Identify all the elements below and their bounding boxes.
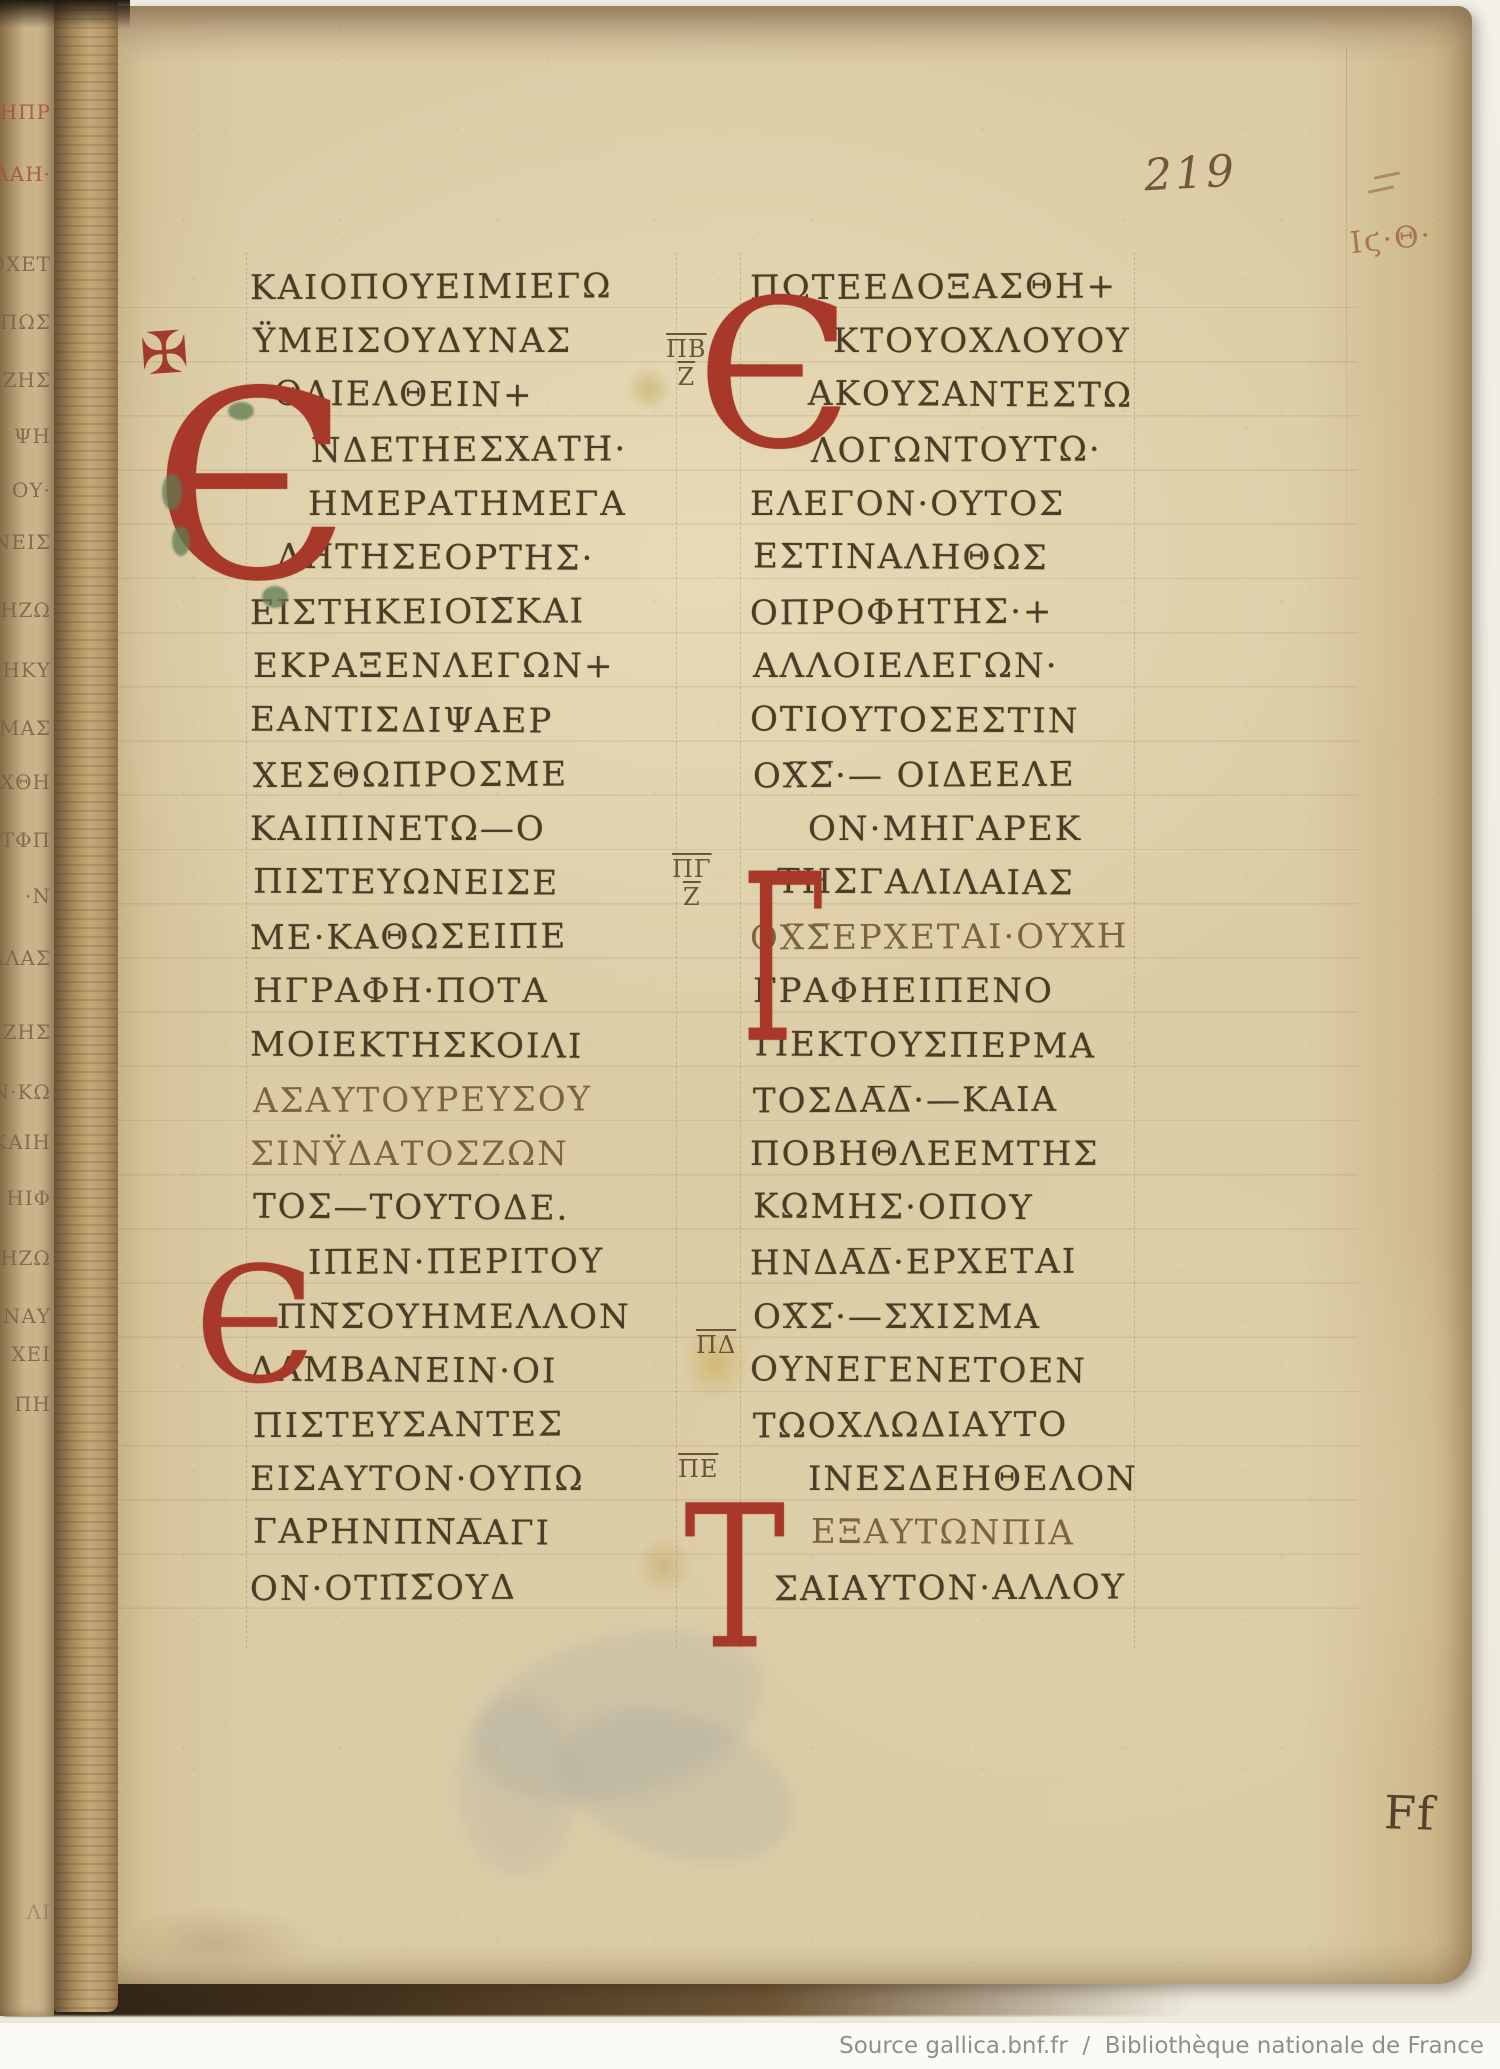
text-line: ΤΟΣΔΑ̅Δ̅·—ΚΑΙΑ: [753, 1071, 1270, 1128]
text-line: ΤΩΟΧΛΩΔΙΑΥΤΟ: [753, 1397, 1270, 1454]
initial-decoration: [228, 402, 254, 420]
spine-fragment-text: Ν·ΚΩ: [0, 1080, 51, 1104]
spine-fragment-text: ΚΑΙΗ: [0, 1130, 51, 1154]
spine-fragment-text: ·Ν: [25, 884, 51, 908]
showthrough-ghost: [408, 1606, 888, 1936]
text-line: ΧΕΣΘΩΠΡΟΣΜΕ: [253, 747, 700, 804]
spine-fragment-text: ΠΙΖΗΣ: [0, 1020, 51, 1044]
section-mark: ΠΔ: [696, 1332, 736, 1360]
spine-fragment-text: ΠΗ: [14, 1392, 51, 1416]
text-line: ΗΓΡΑΦΗ·ΠΟΤΑ: [253, 964, 700, 1018]
spine-fragment-text: ΨΗ: [14, 424, 51, 448]
spine-fragment-text: ΛΛΑΣ: [0, 946, 51, 970]
footer-credit: Source gallica.bnf.fr / Bibliothèque nat…: [0, 2022, 1500, 2069]
text-line: ΕΣΤΙΝΑΛΗΘΩΣ: [753, 529, 1270, 586]
text-line: ΙΝΕΣΔΕΗΘΕΛΟΝ: [750, 1452, 1270, 1506]
text-line: ΜΟΙΕΚΤΗΣΚΟΙΛΙ: [250, 1017, 700, 1074]
text-line: ΟΥΝΕΓΕΝΕΤΟΕΝ: [750, 1342, 1270, 1399]
parchment-crease: [1346, 46, 1347, 686]
text-line: ΤΗΣΓΑΛΙΛΑΙΑΣ: [753, 854, 1270, 911]
quire-signature: Ff: [1383, 1785, 1436, 1841]
text-line: ΚΑΙΠΙΝΕΤΩ—Ο: [250, 802, 700, 856]
initial-letter: Τ: [684, 1480, 785, 1678]
spine-fragment-text: ΙΚΗΠΡ: [0, 100, 51, 124]
text-line: ΑΣΑΥΤΟΥΡΕΥΣΟΥ: [253, 1072, 700, 1129]
section-number: ΠΕ: [678, 1456, 718, 1482]
spine-fragment-text: ΟΥ·: [12, 478, 51, 502]
section-mark: ΠΒ Ζ: [666, 336, 707, 391]
canon-number: Ζ: [677, 364, 695, 390]
text-line: ΣΙΝΫΔΑΤΟΣΖΩΝ: [250, 1127, 700, 1181]
facing-page-edge: ΙΚΗΠΡΛΑΗ·ΜΟΧΕΤΗΠΩΣΙΖΗΣΨΗΟΥ·ΗΝΕΙΣΗΖΩΗΚΥΕΙ…: [0, 0, 54, 2016]
spine-fragment-text: ΤΦΠ: [1, 828, 51, 852]
stain: [118, 1906, 318, 1976]
text-line: ΠΟΒΗΘΛΕΕΜΤΗΣ: [750, 1127, 1270, 1181]
text-line: ΚΑΙΟΠΟΥΕΙΜΙΕΓΩ: [250, 259, 700, 316]
manuscript-page: 219 Ιϛ·Θ· ✠ ΚΑΙΟΠΟΥΕΙΜΙΕΓΩΫΜΕΙΣΟΥΔΥΝΑΣΘΑ…: [78, 6, 1472, 1984]
spine-fragment-text: ΝΑΥ: [3, 1304, 51, 1328]
initial-letter: Γ: [742, 844, 827, 1076]
section-number: ΠΔ: [696, 1332, 736, 1358]
text-line: ΜΕ·ΚΑΘΩΣΕΙΠΕ: [250, 909, 700, 966]
spine-fragment-text: ΧΕΙ: [11, 1342, 51, 1366]
section-number: ΠΒ: [666, 336, 707, 362]
text-line: ΣΑΙΑΥΤΟΝ·ΑΛΛΟΥ: [750, 1559, 1270, 1616]
spine-fragment-text: ΛΑΗ·: [0, 162, 51, 186]
binding-shadow: [0, 0, 130, 28]
margin-tick: [1374, 171, 1400, 179]
text-line: ΕΙΣΑΥΤΟΝ·ΟΥΠΩ: [250, 1452, 700, 1506]
initial-letter: Є: [696, 274, 853, 479]
spine-fragment-text: ΧΘΗ: [0, 770, 51, 794]
spine-fragment-text: ΕΙΜΑΣ: [0, 716, 51, 740]
initial-decoration: [172, 526, 190, 556]
text-line: ΠΙΣΤΕΥΩΝΕΙΣΕ: [253, 855, 700, 912]
spine-fragment-text: ΙΖΗΣ: [0, 368, 51, 392]
text-line: ΤΟΣ—ΤΟΥΤΟΔΕ.: [253, 1180, 700, 1237]
spine-fragment-text: ΗΠΩΣ: [0, 310, 51, 334]
text-line: ΟΧ̅Σ̅ΕΡΧΕΤΑΙ·ΟΥΧΗ: [750, 909, 1270, 966]
text-line: ΤΙΕΚΤΟΥΣΠΕΡΜΑ: [750, 1017, 1270, 1074]
text-line: ΟΧ̅Σ̅·—ΣΧΙΣΜΑ: [753, 1290, 1270, 1344]
text-line: ΟΠΡΟΦΗΤΗΣ·+: [750, 584, 1270, 641]
margin-tick: [1368, 185, 1394, 193]
section-mark: ΠΓ Ζ: [672, 856, 712, 911]
text-line: ΙΠΕΝ·ΠΕΡΙΤΟΥ: [250, 1234, 700, 1291]
text-line: ΛΑΜΒΑΝΕΙΝ·ΟΙ: [250, 1342, 700, 1399]
spine-fragment-text: ΗΙΦ: [6, 1186, 51, 1210]
canon-number: Ζ: [683, 884, 701, 910]
text-line: ΟΤΙΟΥΤΟΣΕΣΤΙΝ: [750, 692, 1270, 749]
spine-fragment-text: ΗΝΕΙΣ: [0, 530, 51, 554]
text-line: ΓΡΑΦΗΕΙΠΕΝΟ: [753, 964, 1270, 1018]
initial-decoration: [262, 586, 288, 608]
text-line: ΟΧ̅Σ̅·— ΟΙΔΕΕΛΕ: [753, 746, 1270, 803]
text-line: ΓΑΡΗΝΠΝ̅Α̅ΑΓΙ: [253, 1505, 700, 1562]
text-line: ΚΩΜΗΣ·ΟΠΟΥ: [753, 1180, 1270, 1237]
section-mark: ΠΕ: [678, 1456, 718, 1484]
text-line: ΕΞΑΥΤΩΝΠΙΑ: [753, 1505, 1270, 1562]
section-number: ΠΓ: [672, 856, 712, 882]
spine-fragment-text: ΗΚΥ: [2, 658, 51, 682]
spine-fragment-text: ΝΗΖΩ: [0, 1246, 51, 1270]
fore-edge: [54, 0, 118, 2012]
text-line: ΗΝΔΑ̅Δ̅·ΕΡΧΕΤΑΙ: [750, 1234, 1270, 1291]
spine-fragment-text: ΗΖΩ: [0, 598, 51, 622]
text-line: ΟΝ·ΜΗΓΑΡΕΚ: [750, 802, 1270, 856]
text-line: ΠΙΣΤΕΥΣΑΝΤΕΣ: [253, 1397, 700, 1454]
spine-fragment-text: ΜΟΧΕΤ: [0, 252, 51, 276]
text-line: ΟΝ·ΟΤΙΙ̅Σ̅ΟΥΔ: [250, 1559, 700, 1616]
text-line: ΕΚΡΑΞΕΝΛΕΓΩΝ+: [253, 639, 700, 693]
text-line: ΠΝ̅Σ̅ΟΥΗΜΕΛΛΟΝ: [253, 1290, 700, 1344]
text-line: ΕΑΝΤΙΣΔΙΨΑΕΡ: [250, 692, 700, 749]
initial-letter: Є: [194, 1246, 316, 1406]
initial-decoration: [162, 474, 182, 510]
folio-number: 219: [1143, 146, 1239, 202]
margin-note: Ιϛ·Θ·: [1348, 218, 1434, 261]
text-line: ΑΛΛΟΙΕΛΕΓΩΝ·: [753, 639, 1270, 693]
spine-fragment-text: ΛΙ: [27, 1900, 51, 1924]
